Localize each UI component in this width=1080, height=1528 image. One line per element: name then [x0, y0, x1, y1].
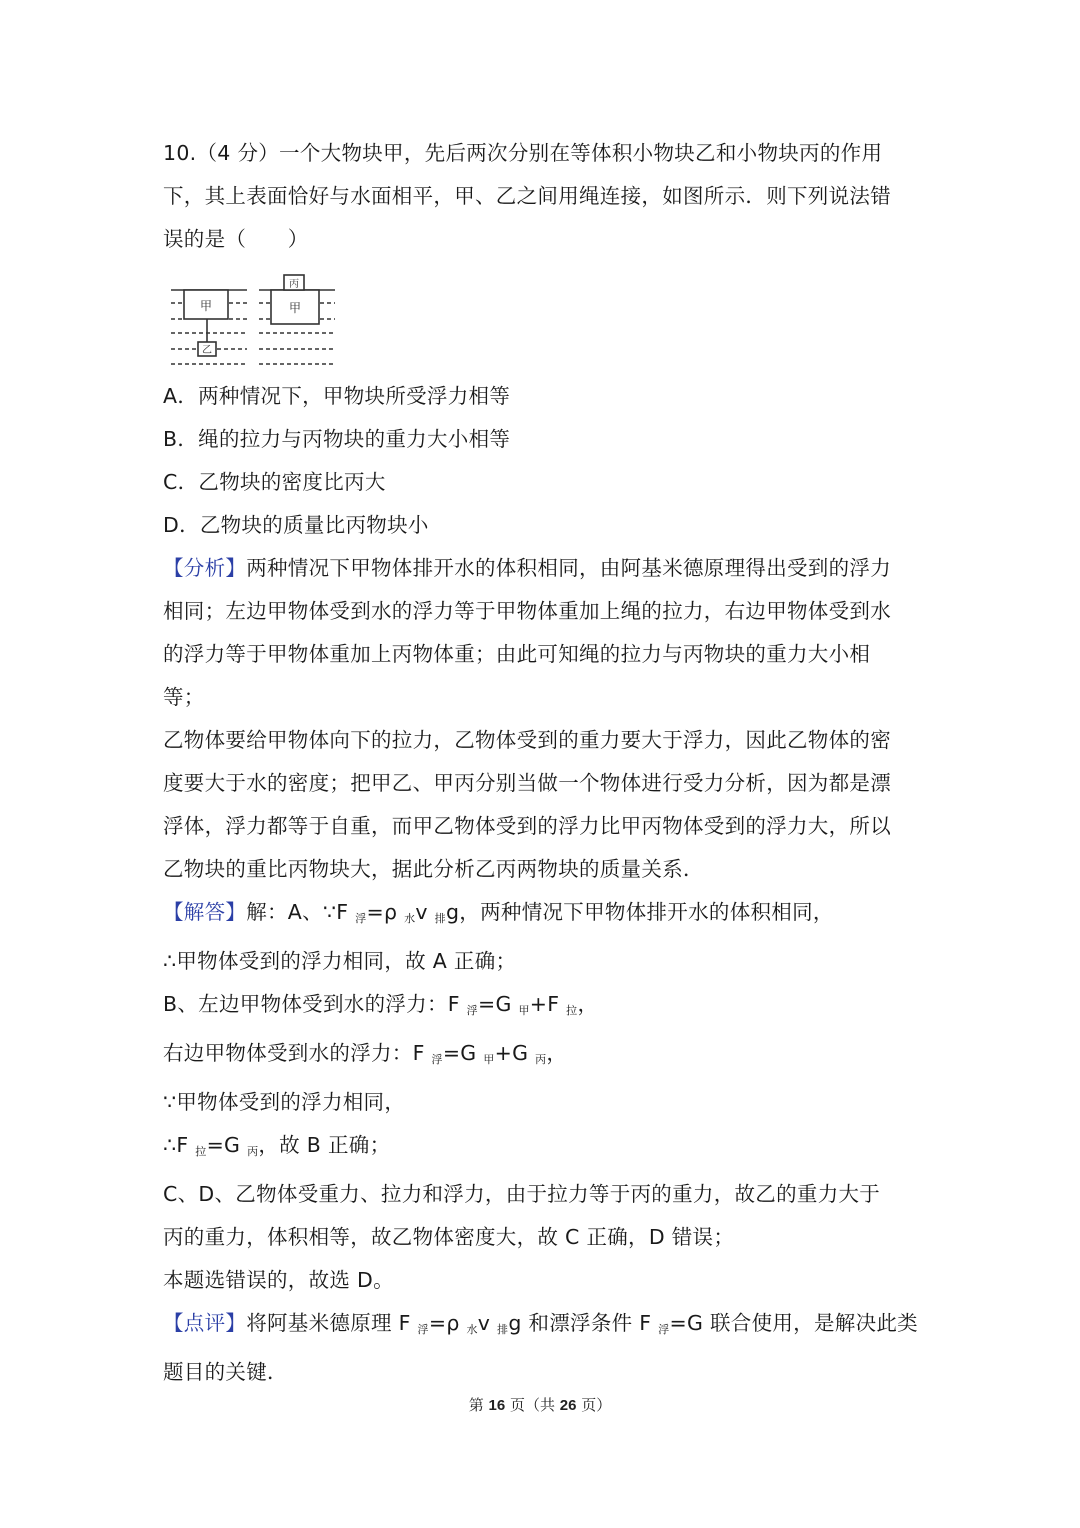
solution-section: 【解答】解：A、∵F 浮=ρ 水v 排g，两种情况下甲物体排开水的体积相同， ∴…: [163, 891, 923, 1302]
analysis-line: 等；: [163, 676, 923, 719]
analysis-line: 相同；左边甲物体受到水的浮力等于甲物体重加上绳的拉力，右边甲物体受到水: [163, 590, 923, 633]
option-b: B．绳的拉力与丙物块的重力大小相等: [163, 418, 923, 461]
solution-tag: 【解答】: [163, 900, 246, 924]
option-a: A．两种情况下，甲物块所受浮力相等: [163, 375, 923, 418]
solution-line: 本题选错误的，故选 D。: [163, 1259, 923, 1302]
solution-line: 右边甲物体受到水的浮力：F 浮=G 甲+G 丙，: [163, 1032, 923, 1081]
comment-line: 【点评】将阿基米德原理 F 浮=ρ 水v 排g 和漂浮条件 F 浮=G 联合使用…: [163, 1302, 923, 1351]
analysis-section: 【分析】两种情况下甲物体排开水的体积相同，由阿基米德原理得出受到的浮力 相同；左…: [163, 547, 923, 891]
block-yi-label: 乙: [202, 344, 212, 356]
question-line: 下，其上表面恰好与水面相平，甲、乙之间用绳连接，如图所示．则下列说法错: [163, 175, 923, 218]
document-page: 10.（4 分）一个大物块甲，先后两次分别在等体积小物块乙和小物块丙的作用 下，…: [163, 132, 923, 1394]
question-line: 10.（4 分）一个大物块甲，先后两次分别在等体积小物块乙和小物块丙的作用: [163, 132, 923, 175]
total-pages-number: 26: [560, 1397, 577, 1414]
block-bing-label: 丙: [289, 278, 299, 290]
analysis-line: 乙物体要给甲物体向下的拉力，乙物体受到的重力要大于浮力，因此乙物体的密: [163, 719, 923, 762]
question-stem: 10.（4 分）一个大物块甲，先后两次分别在等体积小物块乙和小物块丙的作用 下，…: [163, 132, 923, 261]
options-list: A．两种情况下，甲物块所受浮力相等 B．绳的拉力与丙物块的重力大小相等 C．乙物…: [163, 375, 923, 547]
block-jia-left-label: 甲: [200, 299, 212, 313]
solution-line: C、D、乙物体受重力、拉力和浮力，由于拉力等于丙的重力，故乙的重力大于: [163, 1173, 923, 1216]
comment-section: 【点评】将阿基米德原理 F 浮=ρ 水v 排g 和漂浮条件 F 浮=G 联合使用…: [163, 1302, 923, 1394]
option-d: D．乙物块的质量比丙物块小: [163, 504, 923, 547]
analysis-line: 的浮力等于甲物体重加上丙物体重；由此可知绳的拉力与丙物块的重力大小相: [163, 633, 923, 676]
solution-line: ∵甲物体受到的浮力相同，: [163, 1081, 923, 1124]
page-footer: 第 16 页（共 26 页）: [0, 1394, 1080, 1415]
analysis-line: 乙物块的重比丙物块大，据此分析乙丙两物块的质量关系．: [163, 848, 923, 891]
block-jia-right-label: 甲: [289, 301, 301, 315]
analysis-line: 两种情况下甲物体排开水的体积相同，由阿基米德原理得出受到的浮力: [246, 556, 891, 580]
current-page-number: 16: [489, 1397, 506, 1414]
solution-line: B、左边甲物体受到水的浮力：F 浮=G 甲+F 拉，: [163, 983, 923, 1032]
solution-line: ∴甲物体受到的浮力相同，故 A 正确；: [163, 940, 923, 983]
buoyancy-figure: 甲 乙 甲 丙: [167, 267, 337, 367]
analysis-tag: 【分析】: [163, 556, 246, 580]
question-line: 误的是（ ）: [163, 218, 923, 261]
buoyancy-diagram: 甲 乙 甲 丙: [167, 267, 337, 367]
solution-line: 丙的重力，体积相等，故乙物体密度大，故 C 正确，D 错误；: [163, 1216, 923, 1259]
comment-tag: 【点评】: [163, 1311, 246, 1335]
analysis-line: 浮体，浮力都等于自重，而甲乙物体受到的浮力比甲丙物体受到的浮力大，所以: [163, 805, 923, 848]
solution-line: ∴F 拉=G 丙，故 B 正确；: [163, 1124, 923, 1173]
solution-line: 【解答】解：A、∵F 浮=ρ 水v 排g，两种情况下甲物体排开水的体积相同，: [163, 891, 923, 940]
comment-line: 题目的关键．: [163, 1351, 923, 1394]
analysis-line: 度要大于水的密度；把甲乙、甲丙分别当做一个物体进行受力分析，因为都是漂: [163, 762, 923, 805]
option-c: C．乙物块的密度比丙大: [163, 461, 923, 504]
